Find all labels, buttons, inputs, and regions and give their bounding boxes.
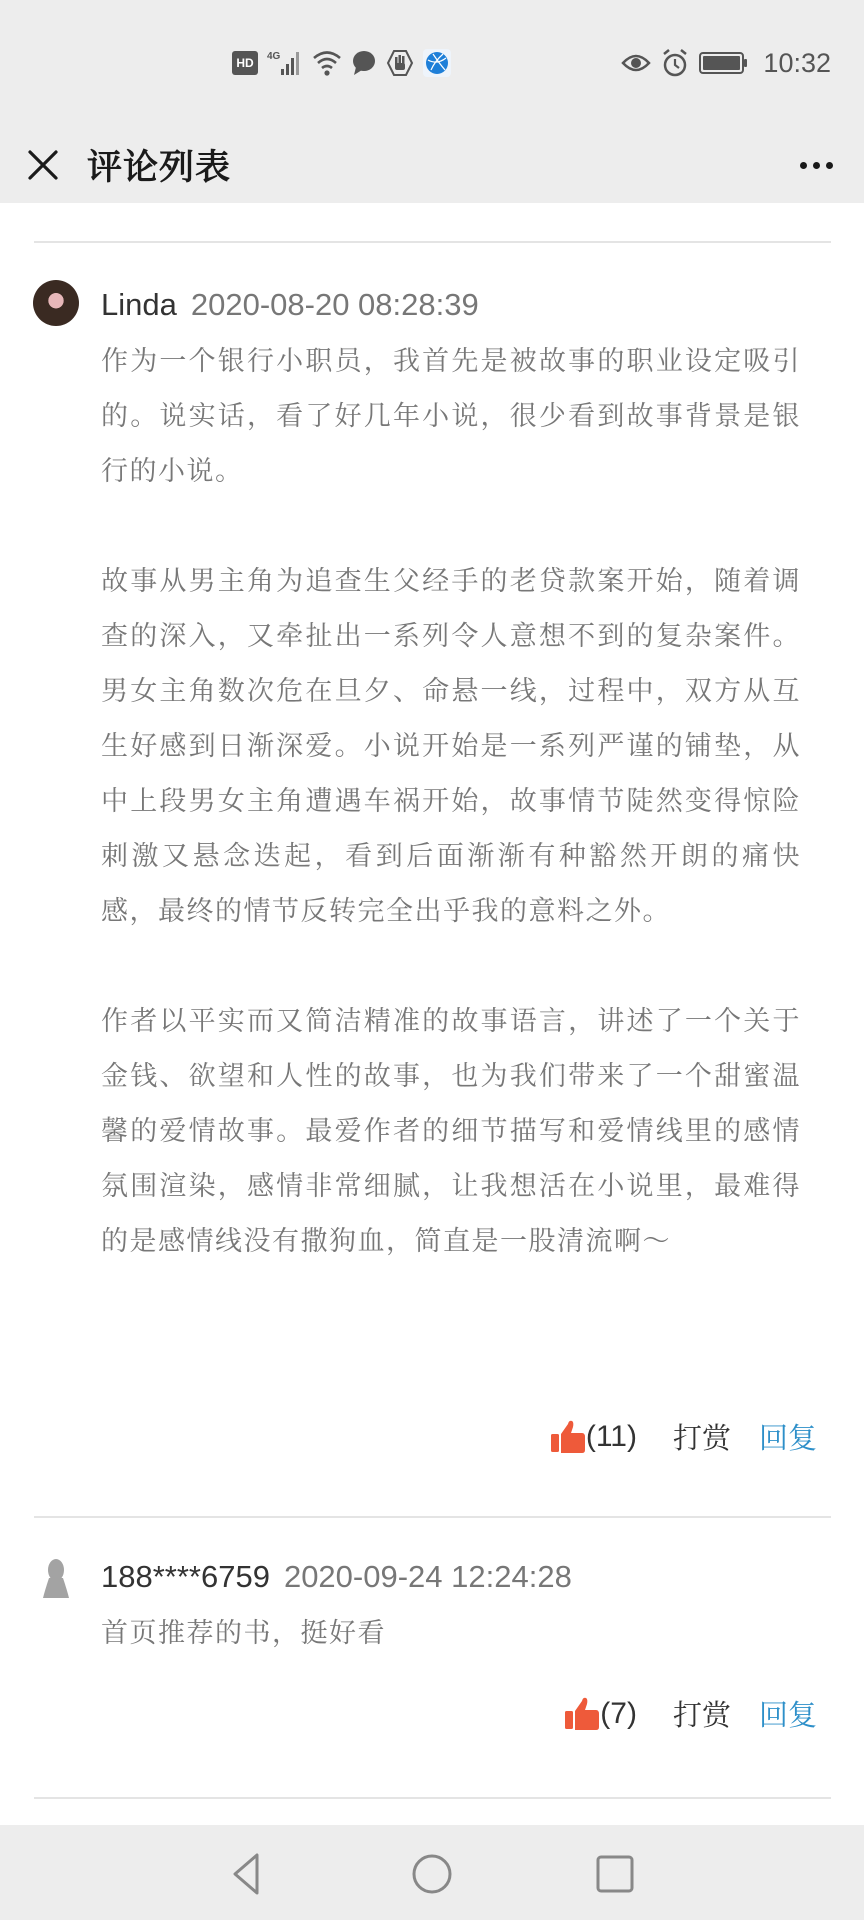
app-bar: 评论列表: [0, 125, 864, 203]
close-button[interactable]: [20, 142, 66, 188]
wifi-icon: [312, 49, 342, 77]
comment-list[interactable]: Linda2020-08-20 08:28:39 作为一个银行小职员，我首先是被…: [0, 203, 864, 1825]
avatar[interactable]: [33, 1556, 79, 1602]
thumbs-up-icon: [550, 1420, 586, 1454]
like-count: (11): [586, 1420, 637, 1454]
divider: [34, 1797, 831, 1799]
svg-text:4G: 4G: [267, 51, 281, 62]
back-icon: [227, 1852, 267, 1896]
4g-signal-icon: 4G: [267, 49, 303, 77]
more-icon: [800, 162, 807, 169]
avatar[interactable]: [33, 280, 79, 326]
default-user-icon: [33, 1556, 79, 1602]
like-button[interactable]: (7): [564, 1697, 637, 1731]
timestamp: 2020-08-20 08:28:39: [191, 287, 479, 322]
reward-button[interactable]: 打赏: [673, 1693, 731, 1734]
reward-button[interactable]: 打赏: [673, 1416, 731, 1457]
comment-paragraph: 作为一个银行小职员，我首先是被故事的职业设定吸引的。说实话，看了好几年小说，很少…: [101, 334, 801, 499]
system-nav-bar: [0, 1825, 864, 1920]
page-title: 评论列表: [87, 140, 231, 190]
comment-actions: (7) 打赏 回复: [564, 1693, 817, 1734]
reply-button[interactable]: 回复: [759, 1416, 817, 1457]
status-icons-right: 10:32: [621, 46, 831, 80]
username[interactable]: Linda: [101, 287, 177, 322]
username[interactable]: 188****6759: [101, 1559, 270, 1594]
hd-icon: HD: [232, 51, 258, 75]
comment-meta: 188****67592020-09-24 12:24:28: [101, 1559, 572, 1595]
comment-actions: (11) 打赏 回复: [550, 1416, 817, 1457]
like-button[interactable]: (11): [550, 1420, 637, 1454]
home-icon: [410, 1852, 454, 1896]
back-button[interactable]: [222, 1849, 272, 1899]
comment-body: 首页推荐的书，挺好看: [101, 1606, 801, 1661]
comment-paragraph: 故事从男主角为追查生父经手的老贷款案开始，随着调查的深入，又牵扯出一系列令人意想…: [101, 554, 801, 939]
more-button[interactable]: [790, 145, 842, 185]
divider: [34, 241, 831, 243]
eye-icon: [621, 51, 651, 75]
reply-button[interactable]: 回复: [759, 1693, 817, 1734]
divider: [34, 1516, 831, 1518]
status-bar: HD 4G: [0, 0, 864, 125]
home-button[interactable]: [407, 1849, 457, 1899]
comment-paragraph: 作者以平实而又简洁精准的故事语言，讲述了一个关于金钱、欲望和人性的故事，也为我们…: [101, 994, 801, 1269]
hand-stop-icon: [386, 49, 414, 77]
alarm-icon: [661, 48, 689, 78]
comment-body: 作为一个银行小职员，我首先是被故事的职业设定吸引的。说实话，看了好几年小说，很少…: [101, 334, 801, 1269]
close-icon: [26, 148, 60, 182]
thumbs-up-icon: [564, 1697, 600, 1731]
browser-globe-icon: [423, 49, 451, 77]
comment-meta: Linda2020-08-20 08:28:39: [101, 287, 479, 323]
status-icons-left: HD 4G: [232, 48, 451, 78]
like-count: (7): [600, 1697, 637, 1731]
recents-button[interactable]: [590, 1849, 640, 1899]
comment-paragraph: 首页推荐的书，挺好看: [101, 1606, 801, 1661]
chat-bubble-icon: [351, 50, 377, 76]
timestamp: 2020-09-24 12:24:28: [284, 1559, 572, 1594]
clock: 10:32: [763, 48, 831, 79]
battery-icon: [699, 51, 749, 75]
recents-icon: [595, 1854, 635, 1894]
